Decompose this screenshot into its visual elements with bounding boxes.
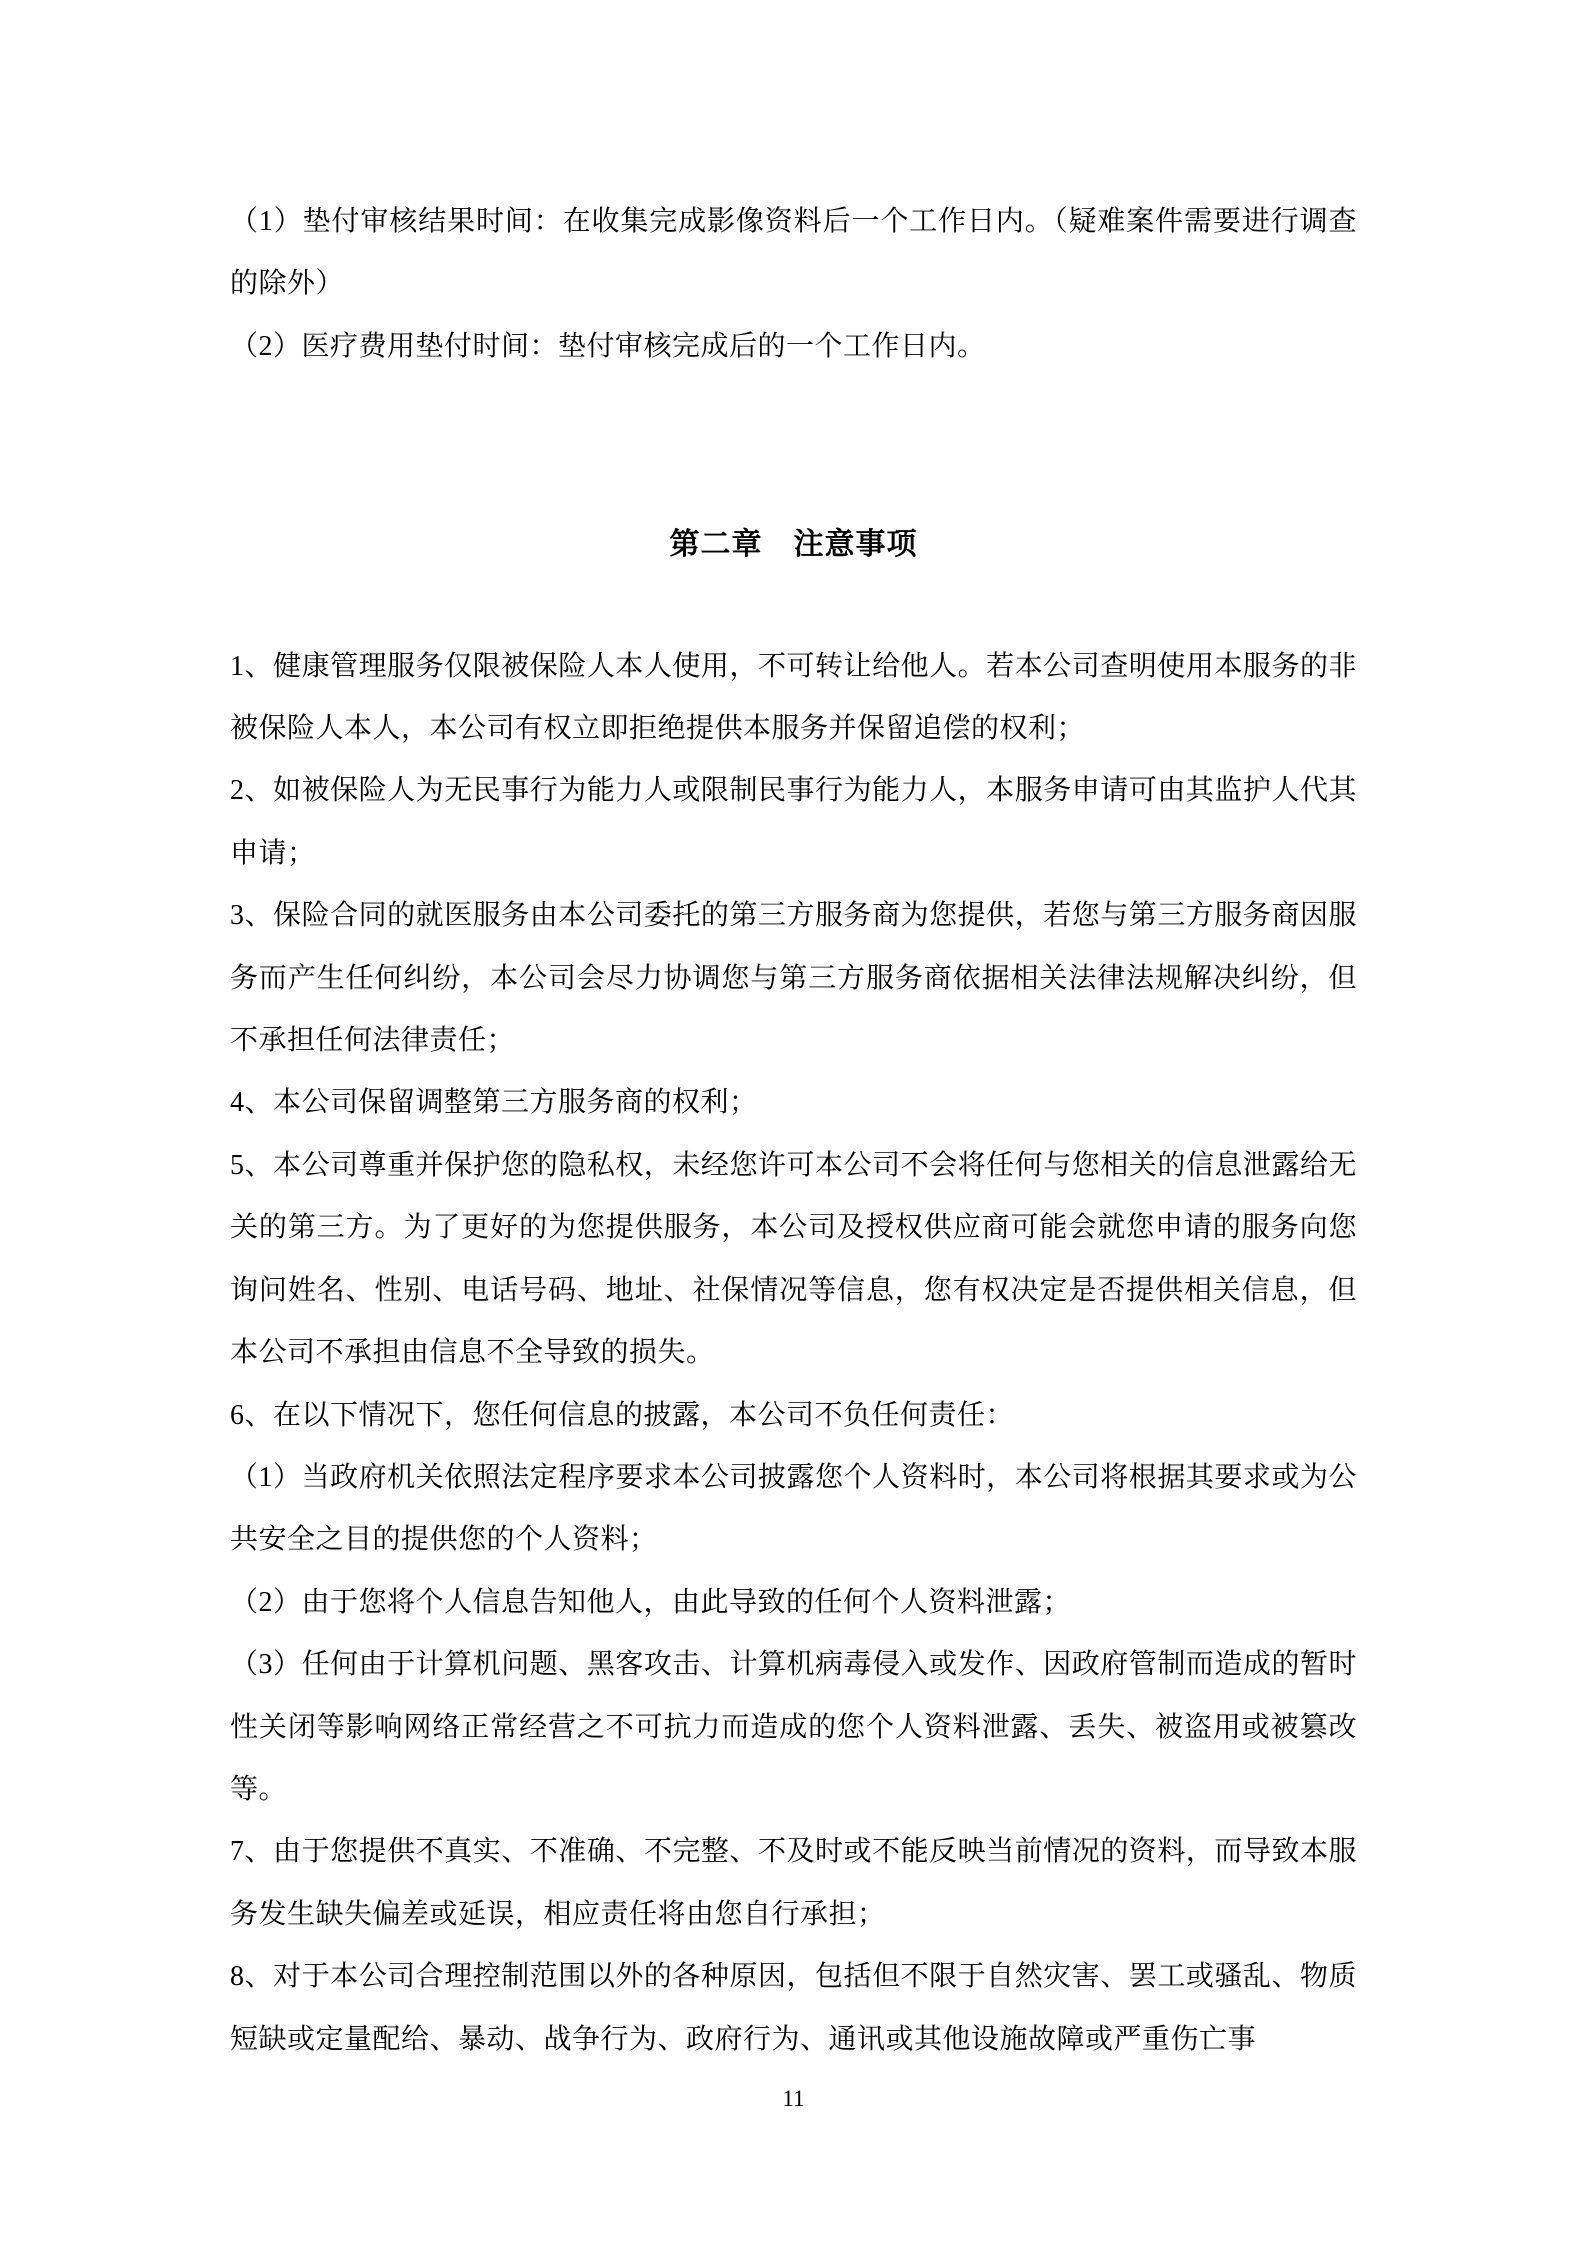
note-item-6-sub-2: （2）由于您将个人信息告知他人，由此导致的任何个人资料泄露； (230, 1572, 1357, 1634)
prepayment-clause-2: （2）医疗费用垫付时间：垫付审核完成后的一个工作日内。 (230, 316, 1357, 378)
note-item-6-sub-3: （3）任何由于计算机问题、黑客攻击、计算机病毒侵入或发作、因政府管制而造成的暂时… (230, 1634, 1357, 1821)
note-item-2: 2、如被保险人为无民事行为能力人或限制民事行为能力人，本服务申请可由其监护人代其… (230, 760, 1357, 885)
note-item-3: 3、保险合同的就医服务由本公司委托的第三方服务商为您提供，若您与第三方服务商因服… (230, 885, 1357, 1072)
note-item-4: 4、本公司保留调整第三方服务商的权利； (230, 1072, 1357, 1134)
note-item-6: 6、在以下情况下，您任何信息的披露，本公司不负任何责任： (230, 1385, 1357, 1447)
prepayment-clause-1: （1）垫付审核结果时间：在收集完成影像资料后一个工作日内。（疑难案件需要进行调查… (230, 191, 1357, 316)
chapter-heading: 第二章 注意事项 (230, 514, 1357, 576)
page-footer: 11 (0, 2085, 1587, 2113)
note-item-7: 7、由于您提供不真实、不准确、不完整、不及时或不能反映当前情况的资料，而导致本服… (230, 1821, 1357, 1946)
note-item-1: 1、健康管理服务仅限被保险人本人使用，不可转让给他人。若本公司查明使用本服务的非… (230, 636, 1357, 761)
page-content: （1）垫付审核结果时间：在收集完成影像资料后一个工作日内。（疑难案件需要进行调查… (230, 191, 1357, 2071)
note-item-5: 5、本公司尊重并保护您的隐私权，未经您许可本公司不会将任何与您相关的信息泄露给无… (230, 1135, 1357, 1385)
note-item-8: 8、对于本公司合理控制范围以外的各种原因，包括但不限于自然灾害、罢工或骚乱、物质… (230, 1946, 1357, 2071)
note-item-6-sub-1: （1）当政府机关依照法定程序要求本公司披露您个人资料时，本公司将根据其要求或为公… (230, 1447, 1357, 1572)
document-page: （1）垫付审核结果时间：在收集完成影像资料后一个工作日内。（疑难案件需要进行调查… (0, 0, 1587, 2245)
page-number: 11 (782, 2086, 804, 2111)
